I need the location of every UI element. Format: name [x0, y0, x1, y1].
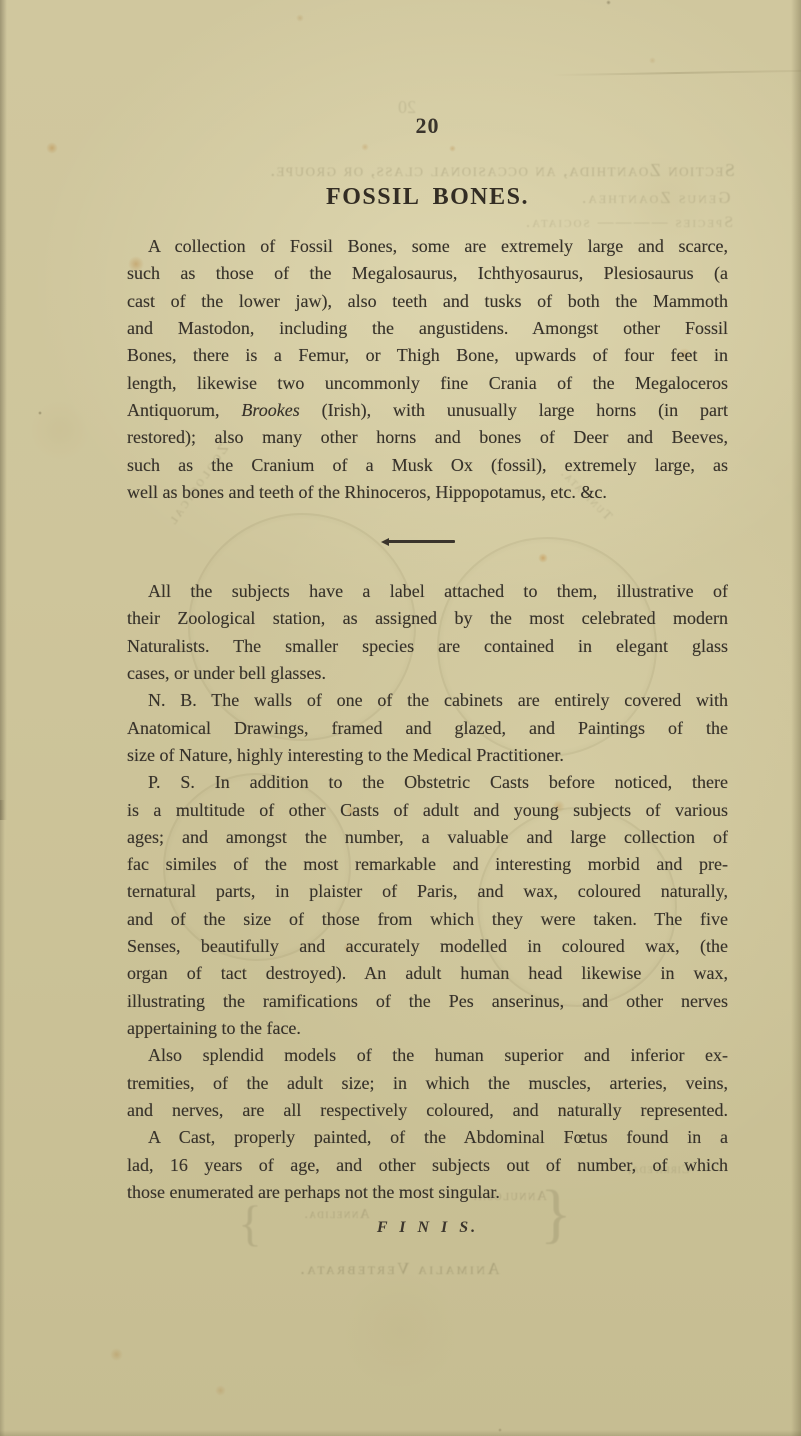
foxing-spot — [449, 145, 456, 152]
text-line: and Mastodon, including the angustidens.… — [127, 315, 728, 342]
foxing-spot — [538, 553, 548, 563]
paragraph-cast: A Cast, properly painted, of the Abdomin… — [127, 1124, 728, 1206]
text-line: cases, or under bell glasses. — [127, 660, 728, 687]
finis-label: F I N I S. — [127, 1219, 728, 1237]
text-line: Naturalists. The smaller species are con… — [127, 633, 728, 660]
page-right-edge — [791, 0, 801, 1436]
page-number: 20 — [127, 113, 728, 139]
text-line: such as the Cranium of a Musk Ox (fossil… — [127, 452, 728, 479]
text-line: A collection of Fossil Bones, some are e… — [127, 233, 728, 260]
text-line: appertaining to the face. — [127, 1015, 728, 1042]
paragraph-models: Also splendid models of the human superi… — [127, 1042, 728, 1124]
text-line: restored); also many other horns and bon… — [127, 424, 728, 451]
foxing-spot — [649, 57, 656, 64]
text-line: Anatomical Drawings, framed and glazed, … — [127, 715, 728, 742]
foxing-spot — [30, 400, 90, 460]
text-line: size of Nature, highly interesting to th… — [127, 742, 728, 769]
text-line: ternatural parts, in plaister of Paris, … — [127, 878, 728, 905]
text-line: those enumerated are perhaps not the mos… — [127, 1179, 728, 1206]
text-line: illustrating the ramifications of the Pe… — [127, 988, 728, 1015]
text-line: A Cast, properly painted, of the Abdomin… — [127, 1124, 728, 1151]
bleedthrough-section-line: Section Zoanthida, an occasional class, … — [269, 160, 735, 181]
text-line: All the subjects have a label attached t… — [127, 578, 728, 605]
paragraph-postscript: P. S. In addition to the Obstetric Casts… — [127, 769, 728, 1042]
foxing-spot — [361, 143, 369, 151]
foxing-spot — [215, 1385, 226, 1396]
book-page: 20 Section Zoanthida, an occasional clas… — [0, 0, 801, 1436]
page-bottom-edge — [0, 1430, 801, 1436]
text-line: fac similes of the most remarkable and i… — [127, 851, 728, 878]
text-line: their Zoological station, as assigned by… — [127, 605, 728, 632]
text-line: N. B. The walls of one of the cabinets a… — [127, 687, 728, 714]
bleedthrough-animalia-line: Animalia Vertebrata. — [298, 1259, 499, 1279]
text-line: Also splendid models of the human superi… — [127, 1042, 728, 1069]
paragraph-nota-bene: N. B. The walls of one of the cabinets a… — [127, 687, 728, 769]
section-divider-rule — [387, 540, 455, 543]
text-line: Senses, beautifully and accurately model… — [127, 933, 728, 960]
paragraph-group-bottom: All the subjects have a label attached t… — [127, 578, 728, 1206]
foxing-spot — [606, 0, 611, 5]
text-line: cast of the lower jaw), also teeth and t… — [127, 288, 728, 315]
text-line: organ of tact destroyed). An adult human… — [127, 960, 728, 987]
bleedthrough-species-line: Species ———— sociata. — [524, 214, 733, 232]
text-line: Antiquorum, Brookes (Irish), with unusua… — [127, 397, 728, 424]
page-left-edge — [0, 0, 7, 820]
foxing-spot — [296, 14, 304, 22]
text-line: ages; and amongst the number, a valuable… — [127, 824, 728, 851]
paragraph-group-top: A collection of Fossil Bones, some are e… — [127, 233, 728, 506]
text-line: P. S. In addition to the Obstetric Casts… — [127, 769, 728, 796]
foxing-spot — [498, 1428, 502, 1432]
text-line: such as those of the Megalosaurus, Ichth… — [127, 260, 728, 287]
foxing-spot — [46, 142, 58, 154]
text-line: length, likewise two uncommonly fine Cra… — [127, 370, 728, 397]
text-line: is a multitude of other Casts of adult a… — [127, 797, 728, 824]
text-line: well as bones and teeth of the Rhinocero… — [127, 479, 728, 506]
text-line: and nerves, are all respectively coloure… — [127, 1097, 728, 1124]
text-line: lad, 16 years of age, and other subjects… — [127, 1152, 728, 1179]
text-line: Bones, there is a Femur, or Thigh Bone, … — [127, 342, 728, 369]
text-line: and of the size of those from which they… — [127, 906, 728, 933]
page-left-edge-lower — [0, 800, 5, 1436]
foxing-spot — [340, 1270, 460, 1390]
foxing-spot — [110, 1348, 123, 1361]
paragraph-labels: All the subjects have a label attached t… — [127, 578, 728, 687]
page-title: FOSSIL BONES. — [127, 184, 728, 211]
text-line: tremities, of the adult size; in which t… — [127, 1070, 728, 1097]
paragraph-fossil-collection: A collection of Fossil Bones, some are e… — [127, 233, 728, 506]
